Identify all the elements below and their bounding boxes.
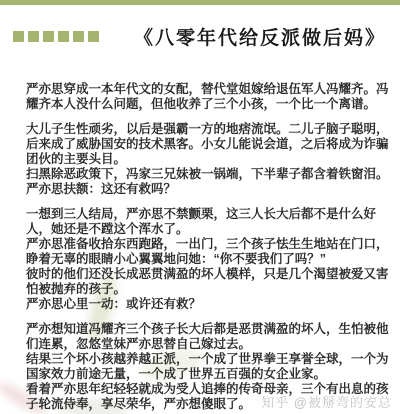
paragraph: 严亦思心里一动：或许还有救？ [26, 297, 390, 312]
paragraph-block: 大儿子生性顽劣，以后是强霸一方的地痞流氓。二儿子脑子聪明，后来成了威胁国安的技术… [26, 122, 390, 197]
paragraph: 结果三个坏小孩越养越正派，一个成了世界拳王享誉全球，一个为国家效力前途无量，一个… [26, 352, 390, 382]
article-body: 严亦思穿成一本年代文的女配，替代堂姐嫁给退伍军人冯耀齐。冯耀齐本人没什么问题，但… [26, 82, 390, 414]
book-title: 《八零年代给反派做后妈》 [134, 23, 386, 50]
paragraph: 严亦想知道冯耀齐三个孩子长大后都是恶贯满盈的坏人，生怕被他们连累，忽悠堂妹严亦思… [26, 322, 390, 352]
watermark: 知乎 @被掰弯的安总 [261, 392, 392, 411]
post-page: 《八零年代给反派做后妈》 严亦思穿成一本年代文的女配，替代堂姐嫁给退伍军人冯耀齐… [0, 0, 400, 414]
decor-square [58, 31, 69, 42]
decor-square [28, 31, 39, 42]
paragraph: 严亦思穿成一本年代文的女配，替代堂姐嫁给退伍军人冯耀齐。冯耀齐本人没什么问题，但… [26, 82, 390, 112]
decor-square [13, 31, 24, 42]
decor-square [73, 31, 84, 42]
paragraph-block: 严亦思穿成一本年代文的女配，替代堂姐嫁给退伍军人冯耀齐。冯耀齐本人没什么问题，但… [26, 82, 390, 112]
decor-square [43, 31, 54, 42]
paragraph: 一想到三人结局，严亦思不禁颤栗，这三人长大后都不是什么好人，她还是不蹚这个浑水了… [26, 207, 390, 237]
decor-squares [13, 31, 99, 42]
accent-top-bar [0, 0, 400, 5]
paragraph: 严亦思准备收拾东西跑路，一出门，三个孩子怯生生地站在门口，睁着无辜的眼睛小心翼翼… [26, 237, 390, 267]
decor-square [88, 31, 99, 42]
paragraph: 扫黑除恶政策下，冯家三兄妹被一锅端，下半辈子都含着铁窗泪。 [26, 167, 390, 182]
paragraph-block: 一想到三人结局，严亦思不禁颤栗，这三人长大后都不是什么好人，她还是不蹚这个浑水了… [26, 207, 390, 312]
paragraph: 大儿子生性顽劣，以后是强霸一方的地痞流氓。二儿子脑子聪明，后来成了威胁国安的技术… [26, 122, 390, 167]
header: 《八零年代给反派做后妈》 [13, 24, 386, 48]
paragraph: 彼时的他们还没长成恶贯满盈的坏人模样，只是几个渴望被爱又害怕被抛弃的孩子。 [26, 267, 390, 297]
paragraph: 严亦思扶额：这还有救吗？ [26, 182, 390, 197]
